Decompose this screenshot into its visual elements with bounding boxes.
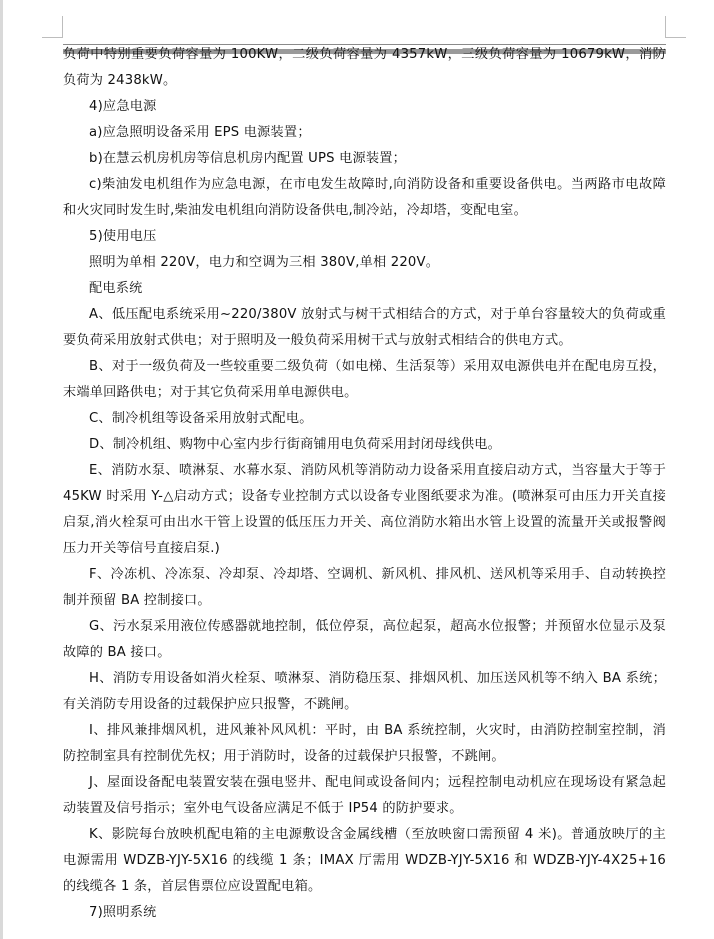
paragraph-dist-i: I、排风兼排烟风机，进风兼补风风机：平时，由 BA 系统控制，火灾时，由消防控制…: [63, 718, 666, 770]
heading-voltage: 5)使用电压: [63, 224, 666, 250]
paragraph-dist-b: B、对于一级负荷及一些较重要二级负荷（如电梯、生活泵等）采用双电源供电并在配电房…: [63, 354, 666, 406]
heading-lighting-system: 7)照明系统: [63, 900, 666, 926]
paragraph-dist-e: E、消防水泵、喷淋泵、水幕水泵、消防风机等消防动力设备采用直接启动方式，当容量大…: [63, 458, 666, 562]
paragraph-dist-c: C、制冷机组等设备采用放射式配电。: [63, 406, 666, 432]
paragraph-emergency-b: b)在慧云机房机房等信息机房内配置 UPS 电源装置；: [63, 146, 666, 172]
crop-mark-top-right: [665, 16, 686, 38]
paragraph-dist-k: K、影院每台放映机配电箱的主电源敷设含金属线槽（至放映窗口需预留 4 米)。普通…: [63, 822, 666, 900]
paragraph-dist-j: J、屋面设备配电装置安装在强电竖井、配电间或设备间内；远程控制电动机应在现场设有…: [63, 770, 666, 822]
paragraph-load-summary: 负荷中特别重要负荷容量为 100KW，二级负荷容量为 4357kW，三级负荷容量…: [63, 42, 666, 94]
heading-distribution-system: 配电系统: [63, 276, 666, 302]
paragraph-dist-h: H、消防专用设备如消火栓泵、喷淋泵、消防稳压泵、排烟风机、加压送风机等不纳入 B…: [63, 666, 666, 718]
page-left-edge: [0, 0, 3, 939]
document-body[interactable]: 负荷中特别重要负荷容量为 100KW，二级负荷容量为 4357kW，三级负荷容量…: [63, 42, 666, 926]
paragraph-dist-d: D、制冷机组、购物中心室内步行街商铺用电负荷采用封闭母线供电。: [63, 432, 666, 458]
paragraph-dist-f: F、冷冻机、冷冻泵、冷却泵、冷却塔、空调机、新风机、排风机、送风机等采用手、自动…: [63, 562, 666, 614]
paragraph-emergency-a: a)应急照明设备采用 EPS 电源装置；: [63, 120, 666, 146]
paragraph-dist-a: A、低压配电系统采用~220/380V 放射式与树干式相结合的方式，对于单台容量…: [63, 302, 666, 354]
paragraph-voltage: 照明为单相 220V，电力和空调为三相 380V,单相 220V。: [63, 250, 666, 276]
crop-mark-top-left: [42, 16, 63, 38]
paragraph-emergency-c: c)柴油发电机组作为应急电源，在市电发生故障时,向消防设备和重要设备供电。当两路…: [63, 172, 666, 224]
heading-emergency-power: 4)应急电源: [63, 94, 666, 120]
paragraph-dist-g: G、污水泵采用液位传感器就地控制，低位停泵，高位起泵，超高水位报警；并预留水位显…: [63, 614, 666, 666]
